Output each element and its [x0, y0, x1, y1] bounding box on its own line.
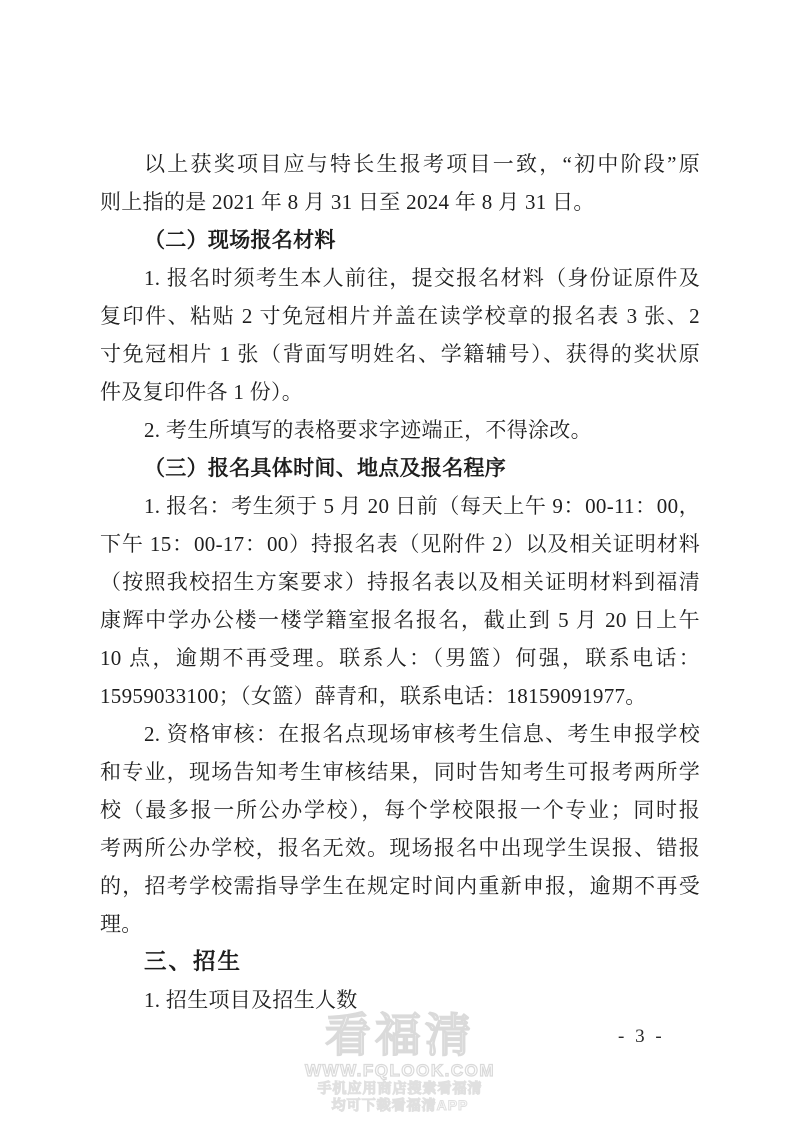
text-line: （按照我校招生方案要求）持报名表以及相关证明材料到福清 — [100, 563, 700, 601]
chapter-heading: 三、招生 — [100, 943, 700, 981]
text-line: 2. 考生所填写的表格要求字迹端正，不得涂改。 — [100, 411, 700, 449]
text-line: 校（最多报一所公办学校），每个学校限报一个专业；同时报 — [100, 791, 700, 829]
section-heading: （三）报名具体时间、地点及报名程序 — [100, 449, 700, 487]
watermark-tagline: 手机应用商店搜索看福清 — [0, 1080, 800, 1096]
text-line: 康辉中学办公楼一楼学籍室报名报名，截止到 5 月 20 日上午 — [100, 601, 700, 639]
text-line: 复印件、粘贴 2 寸免冠相片并盖在读学校章的报名表 3 张、2 — [100, 297, 700, 335]
text-line: 1. 报名时须考生本人前往，提交报名材料（身份证原件及 — [100, 259, 700, 297]
watermark-tagline: 均可下载看福清APP — [0, 1097, 800, 1113]
document-page: 以上获奖项目应与特长生报考项目一致，“初中阶段”原 则上指的是 2021 年 8… — [0, 0, 800, 1133]
text-line: 以上获奖项目应与特长生报考项目一致，“初中阶段”原 — [100, 145, 700, 183]
text-line: 则上指的是 2021 年 8 月 31 日至 2024 年 8 月 31 日。 — [100, 183, 700, 221]
text-line: 1. 招生项目及招生人数 — [100, 981, 700, 1019]
watermark: 看福清 WWW.FQLOOK.COM 手机应用商店搜索看福清 均可下载看福清AP… — [0, 1010, 800, 1113]
text-line: 的，招考学校需指导学生在规定时间内重新申报，逾期不再受 — [100, 867, 700, 905]
text-line: 理。 — [100, 905, 700, 943]
text-line: 下午 15：00-17：00）持报名表（见附件 2）以及相关证明材料 — [100, 525, 700, 563]
text-line: 件及复印件各 1 份）。 — [100, 373, 700, 411]
document-body: 以上获奖项目应与特长生报考项目一致，“初中阶段”原 则上指的是 2021 年 8… — [100, 145, 700, 1019]
watermark-url-text: WWW.FQLOOK.COM — [0, 1061, 800, 1080]
text-line: 寸免冠相片 1 张（背面写明姓名、学籍辅号）、获得的奖状原 — [100, 335, 700, 373]
text-line: 和专业，现场告知考生审核结果，同时告知考生可报考两所学 — [100, 753, 700, 791]
text-line: 1. 报名：考生须于 5 月 20 日前（每天上午 9：00-11：00， — [100, 487, 700, 525]
text-line: 10 点，逾期不再受理。联系人：（男篮）何强，联系电话： — [100, 639, 700, 677]
text-line: 考两所公办学校，报名无效。现场报名中出现学生误报、错报 — [100, 829, 700, 867]
text-line: 15959033100；（女篮）薛青和，联系电话：18159091977。 — [100, 677, 700, 715]
text-line: 2. 资格审核：在报名点现场审核考生信息、考生申报学校 — [100, 715, 700, 753]
section-heading: （二）现场报名材料 — [100, 221, 700, 259]
page-number: - 3 - — [618, 1026, 665, 1048]
